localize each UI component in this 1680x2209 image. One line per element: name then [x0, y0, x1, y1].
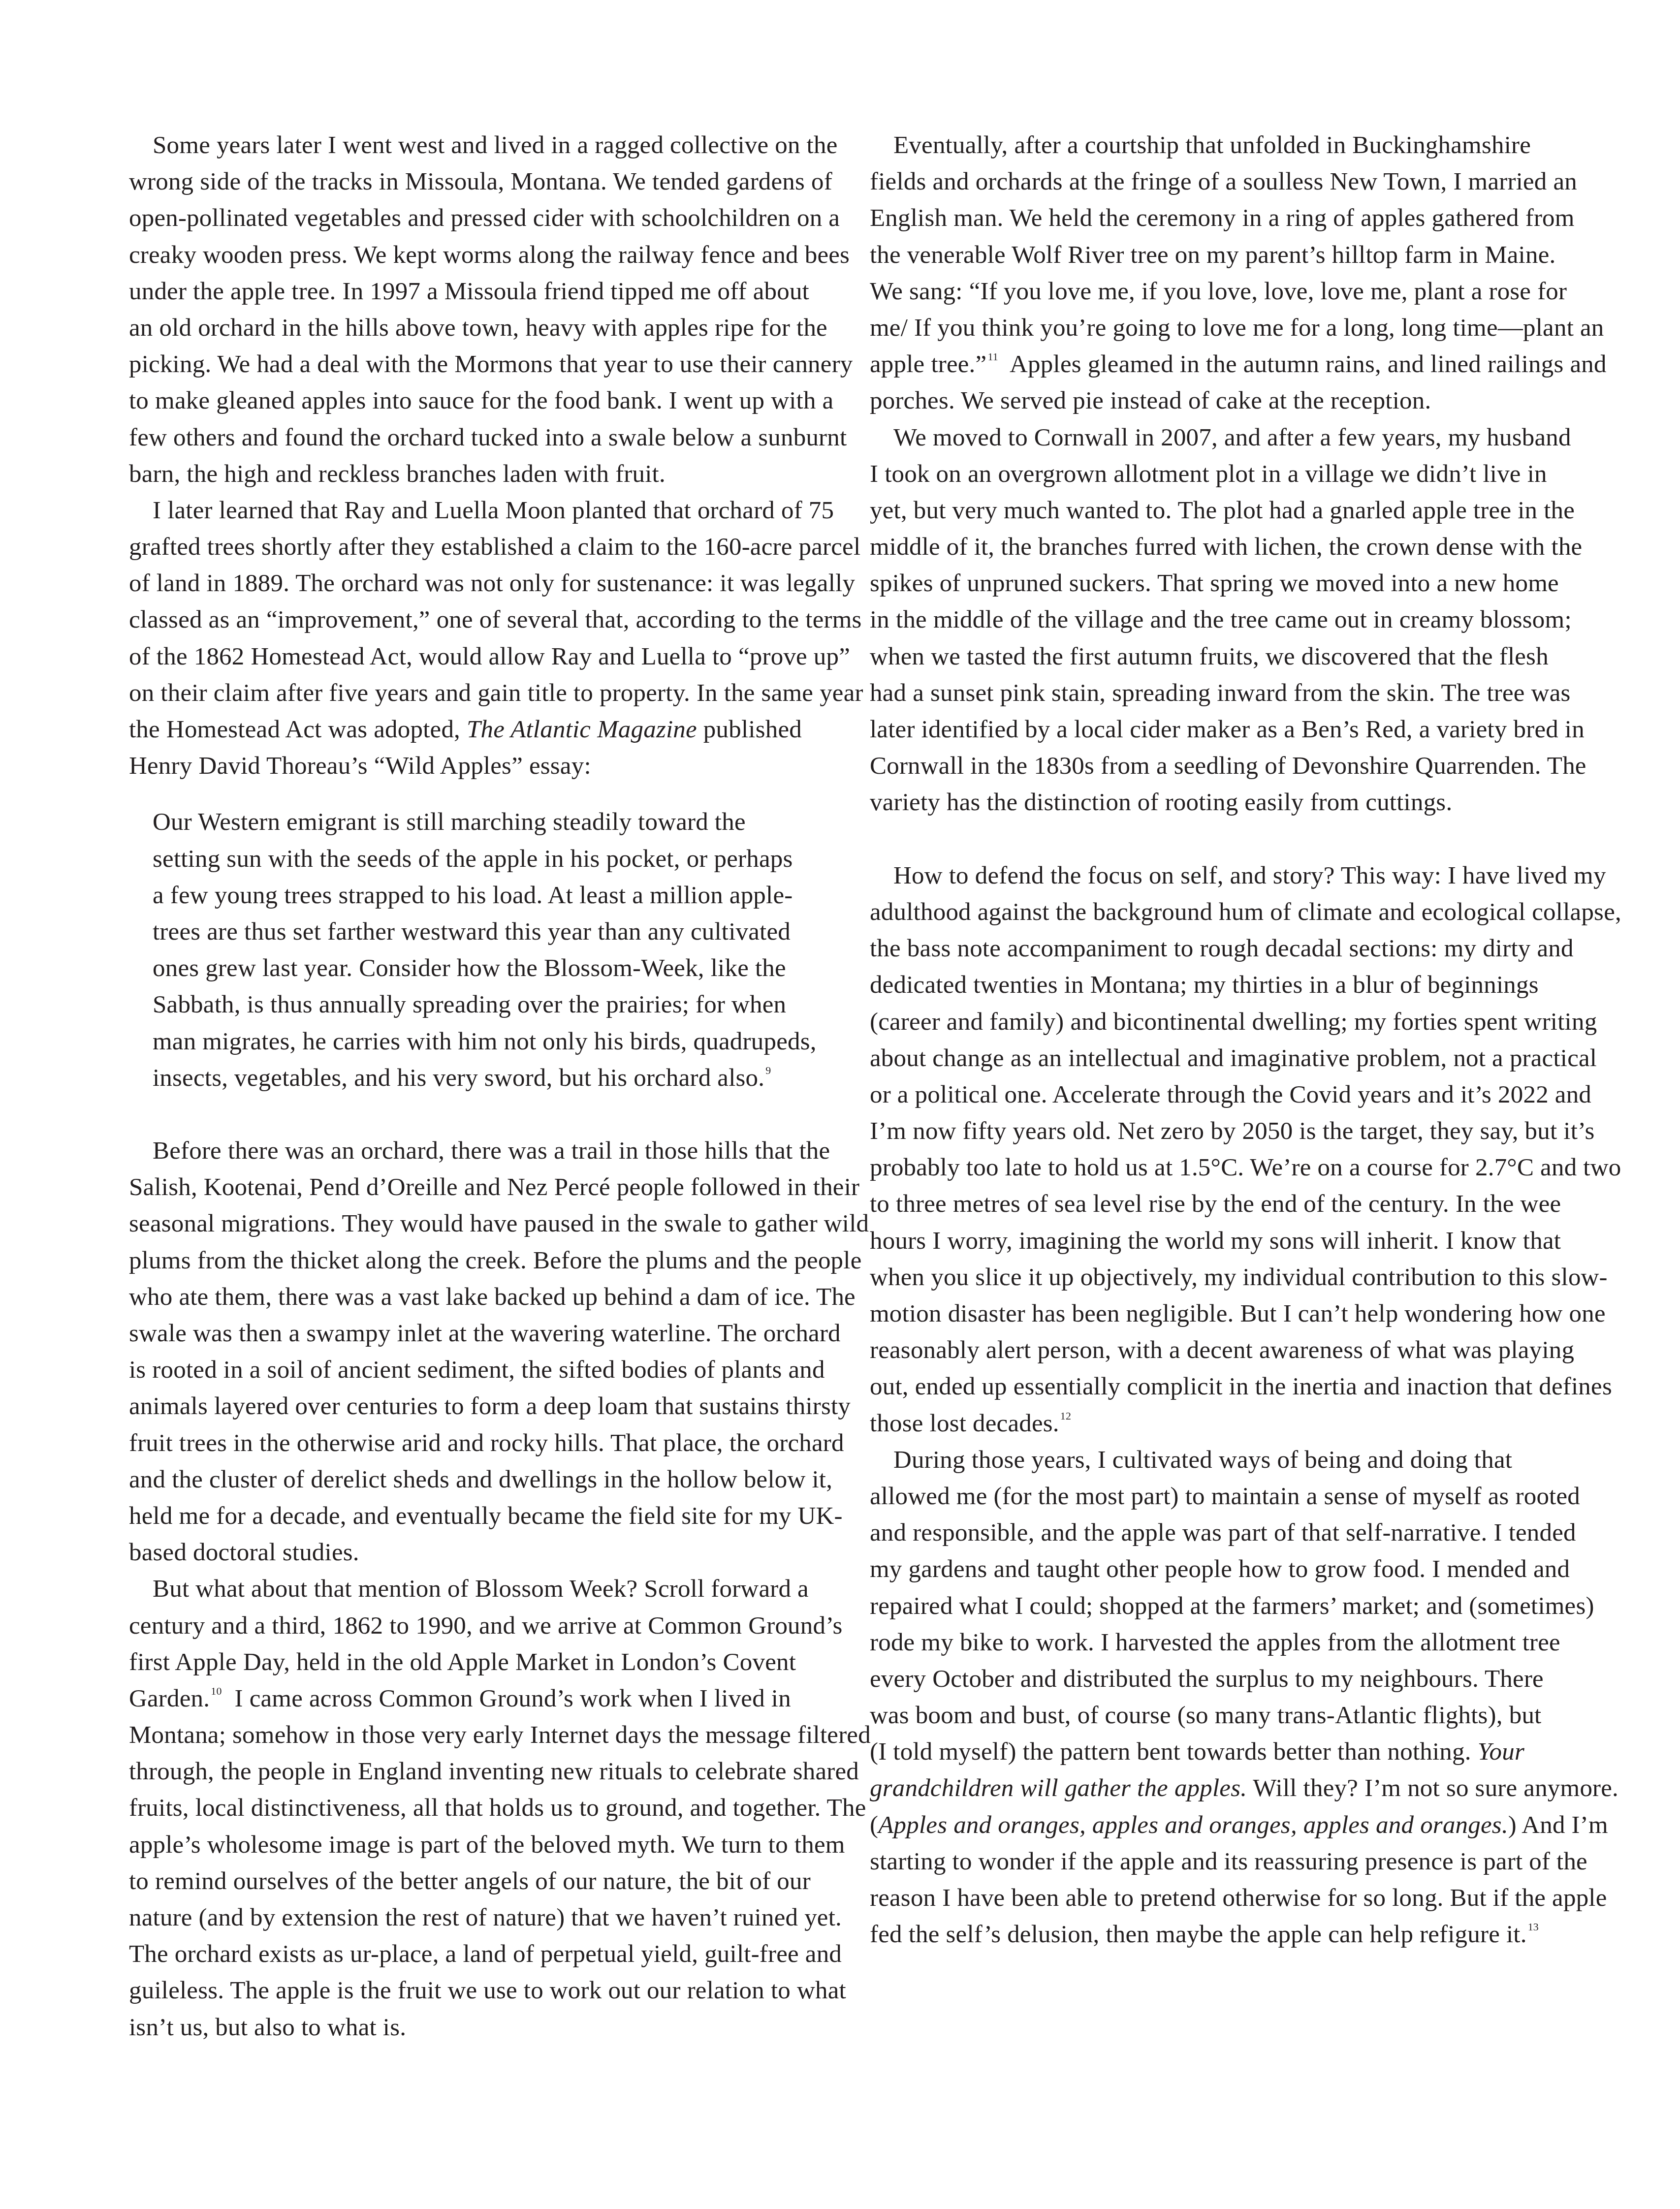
- text-line: of land in 1889. The orchard was not onl…: [129, 565, 828, 601]
- text-line: motion disaster has been negligible. But…: [870, 1295, 1571, 1332]
- text-line: reasonably alert person, with a decent a…: [870, 1332, 1571, 1368]
- text-line: seasonal migrations. They would have pau…: [129, 1205, 828, 1242]
- left-column: Some years later I went west and lived i…: [129, 127, 828, 2046]
- text-line: under the apple tree. In 1997 a Missoula…: [129, 273, 828, 310]
- text-line: middle of it, the branches furred with l…: [870, 529, 1571, 565]
- text-line: hours I worry, imagining the world my so…: [870, 1223, 1571, 1259]
- text-line: English man. We held the ceremony in a r…: [870, 200, 1571, 236]
- text-line: an old orchard in the hills above town, …: [129, 310, 828, 346]
- text-line: We moved to Cornwall in 2007, and after …: [870, 419, 1571, 456]
- text-line: based doctoral studies.: [129, 1534, 828, 1571]
- text-line: out, ended up essentially complicit in t…: [870, 1368, 1571, 1405]
- text-line: adulthood against the background hum of …: [870, 894, 1571, 930]
- text-line: Some years later I went west and lived i…: [129, 127, 828, 163]
- text-line: Salish, Kootenai, Pend d’Oreille and Nez…: [129, 1169, 828, 1205]
- quote-line: Sabbath, is thus annually spreading over…: [129, 986, 828, 1023]
- text-line: me/ If you think you’re going to love me…: [870, 310, 1571, 346]
- text-line: those lost decades.12: [870, 1405, 1571, 1442]
- paragraph-wedding: Eventually, after a courtship that unfol…: [870, 127, 1571, 419]
- paragraph-before-orchard: Before there was an orchard, there was a…: [129, 1133, 828, 1571]
- spacer: [129, 784, 828, 804]
- text-line: I later learned that Ray and Luella Moon…: [129, 492, 828, 529]
- document-page: Some years later I went west and lived i…: [0, 0, 1680, 2209]
- footnote-marker[interactable]: 13: [1528, 1921, 1539, 1933]
- text-line: the bass note accompaniment to rough dec…: [870, 930, 1571, 967]
- text-line: few others and found the orchard tucked …: [129, 419, 828, 456]
- text-line: Montana; somehow in those very early Int…: [129, 1717, 828, 1753]
- paragraph-missoula-collective: Some years later I went west and lived i…: [129, 127, 828, 492]
- paragraph-cornwall: We moved to Cornwall in 2007, and after …: [870, 419, 1571, 821]
- text-line: (I told myself) the pattern bent towards…: [870, 1734, 1571, 1770]
- text-line: animals layered over centuries to form a…: [129, 1388, 828, 1424]
- text-line: repaired what I could; shopped at the fa…: [870, 1588, 1571, 1624]
- text-line: my gardens and taught other people how t…: [870, 1551, 1571, 1587]
- text-line: probably too late to hold us at 1.5°C. W…: [870, 1149, 1571, 1186]
- text-line: open-pollinated vegetables and pressed c…: [129, 200, 828, 236]
- text-line: of the 1862 Homestead Act, would allow R…: [129, 638, 828, 675]
- text-line: had a sunset pink stain, spreading inwar…: [870, 675, 1571, 711]
- text-line: in the middle of the village and the tre…: [870, 601, 1571, 638]
- paragraph-during-those-years: During those years, I cultivated ways of…: [870, 1442, 1571, 1953]
- text-line: allowed me (for the most part) to mainta…: [870, 1478, 1571, 1515]
- text-line: (Apples and oranges, apples and oranges,…: [870, 1807, 1571, 1843]
- quote-line: a few young trees strapped to his load. …: [129, 877, 828, 914]
- text-line: the Homestead Act was adopted, The Atlan…: [129, 711, 828, 748]
- footnote-marker[interactable]: 12: [1060, 1410, 1071, 1422]
- text-line: swale was then a swampy inlet at the wav…: [129, 1315, 828, 1352]
- text-line: rode my bike to work. I harvested the ap…: [870, 1624, 1571, 1661]
- text-line: and the cluster of derelict sheds and dw…: [129, 1461, 828, 1498]
- text-line: How to defend the focus on self, and sto…: [870, 857, 1571, 894]
- text-line: creaky wooden press. We kept worms along…: [129, 237, 828, 273]
- text-line: classed as an “improvement,” one of seve…: [129, 601, 828, 638]
- text-line: (career and family) and bicontinental dw…: [870, 1004, 1571, 1040]
- text-line: nature (and by extension the rest of nat…: [129, 1899, 828, 1936]
- paragraph-focus-on-self: How to defend the focus on self, and sto…: [870, 857, 1571, 1442]
- text-line: apple’s wholesome image is part of the b…: [129, 1827, 828, 1863]
- text-line: starting to wonder if the apple and its …: [870, 1843, 1571, 1880]
- text-line: plums from the thicket along the creek. …: [129, 1242, 828, 1279]
- text-line: who ate them, there was a vast lake back…: [129, 1279, 828, 1315]
- text-line: about change as an intellectual and imag…: [870, 1040, 1571, 1076]
- text-line: Eventually, after a courtship that unfol…: [870, 127, 1571, 163]
- paragraph-moon-orchard: I later learned that Ray and Luella Moon…: [129, 492, 828, 785]
- text-line: isn’t us, but also to what is.: [129, 2009, 828, 2046]
- thoreau-blockquote: Our Western emigrant is still marching s…: [129, 804, 828, 1096]
- quote-line: ones grew last year. Consider how the Bl…: [129, 950, 828, 986]
- footnote-marker[interactable]: 11: [987, 350, 998, 363]
- text-line: Cornwall in the 1830s from a seedling of…: [870, 748, 1571, 784]
- text-line: variety has the distinction of rooting e…: [870, 784, 1571, 820]
- text-line: reason I have been able to pretend other…: [870, 1880, 1571, 1916]
- text-line: or a political one. Accelerate through t…: [870, 1076, 1571, 1113]
- text-line: spikes of unpruned suckers. That spring …: [870, 565, 1571, 601]
- text-line: During those years, I cultivated ways of…: [870, 1442, 1571, 1478]
- spacer: [129, 1096, 828, 1133]
- text-line: and responsible, and the apple was part …: [870, 1515, 1571, 1551]
- quote-line: insects, vegetables, and his very sword,…: [129, 1060, 828, 1096]
- text-line: every October and distributed the surplu…: [870, 1661, 1571, 1697]
- text-line: later identified by a local cider maker …: [870, 711, 1571, 748]
- footnote-marker[interactable]: 10: [211, 1685, 222, 1697]
- right-column: Eventually, after a courtship that unfol…: [870, 127, 1571, 1953]
- text-line: But what about that mention of Blossom W…: [129, 1571, 828, 1607]
- text-line: Garden.10 I came across Common Ground’s …: [129, 1680, 828, 1717]
- text-line: fruit trees in the otherwise arid and ro…: [129, 1425, 828, 1461]
- text-line: was boom and bust, of course (so many tr…: [870, 1697, 1571, 1734]
- text-line: barn, the high and reckless branches lad…: [129, 456, 828, 492]
- spacer: [870, 821, 1571, 857]
- text-line: I took on an overgrown allotment plot in…: [870, 456, 1571, 492]
- text-line: I’m now fifty years old. Net zero by 205…: [870, 1113, 1571, 1149]
- footnote-marker[interactable]: 9: [765, 1064, 771, 1076]
- text-line: dedicated twenties in Montana; my thirti…: [870, 967, 1571, 1003]
- text-line: century and a third, 1862 to 1990, and w…: [129, 1608, 828, 1644]
- text-line: porches. We served pie instead of cake a…: [870, 382, 1571, 419]
- text-line: is rooted in a soil of ancient sediment,…: [129, 1352, 828, 1388]
- quote-line: Our Western emigrant is still marching s…: [129, 804, 828, 840]
- text-line: guileless. The apple is the fruit we use…: [129, 1972, 828, 2009]
- text-line: grandchildren will gather the apples. Wi…: [870, 1770, 1571, 1806]
- text-line: when we tasted the first autumn fruits, …: [870, 638, 1571, 675]
- text-line: on their claim after five years and gain…: [129, 675, 828, 711]
- text-line: yet, but very much wanted to. The plot h…: [870, 492, 1571, 529]
- text-line: fruits, local distinctiveness, all that …: [129, 1790, 828, 1826]
- quote-line: man migrates, he carries with him not on…: [129, 1023, 828, 1060]
- text-line: through, the people in England inventing…: [129, 1753, 828, 1790]
- quote-line: trees are thus set farther westward this…: [129, 914, 828, 950]
- text-line: Before there was an orchard, there was a…: [129, 1133, 828, 1169]
- quote-line: setting sun with the seeds of the apple …: [129, 841, 828, 877]
- paragraph-blossom-week: But what about that mention of Blossom W…: [129, 1571, 828, 2045]
- text-line: Henry David Thoreau’s “Wild Apples” essa…: [129, 748, 828, 784]
- text-line: apple tree.”11 Apples gleamed in the aut…: [870, 346, 1571, 382]
- text-line: fields and orchards at the fringe of a s…: [870, 163, 1571, 200]
- text-line: wrong side of the tracks in Missoula, Mo…: [129, 163, 828, 200]
- text-line: The orchard exists as ur-place, a land o…: [129, 1936, 828, 1972]
- text-line: the venerable Wolf River tree on my pare…: [870, 237, 1571, 273]
- text-line: held me for a decade, and eventually bec…: [129, 1498, 828, 1534]
- text-line: first Apple Day, held in the old Apple M…: [129, 1644, 828, 1680]
- publication-title: The Atlantic Magazine: [467, 716, 697, 743]
- text-line: We sang: “If you love me, if you love, l…: [870, 273, 1571, 310]
- text-line: to make gleaned apples into sauce for th…: [129, 382, 828, 419]
- text-line: to remind ourselves of the better angels…: [129, 1863, 828, 1899]
- text-line: fed the self’s delusion, then maybe the …: [870, 1916, 1571, 1953]
- text-line: to three metres of sea level rise by the…: [870, 1186, 1571, 1222]
- text-line: picking. We had a deal with the Mormons …: [129, 346, 828, 382]
- text-line: grafted trees shortly after they establi…: [129, 529, 828, 565]
- text-line: when you slice it up objectively, my ind…: [870, 1259, 1571, 1295]
